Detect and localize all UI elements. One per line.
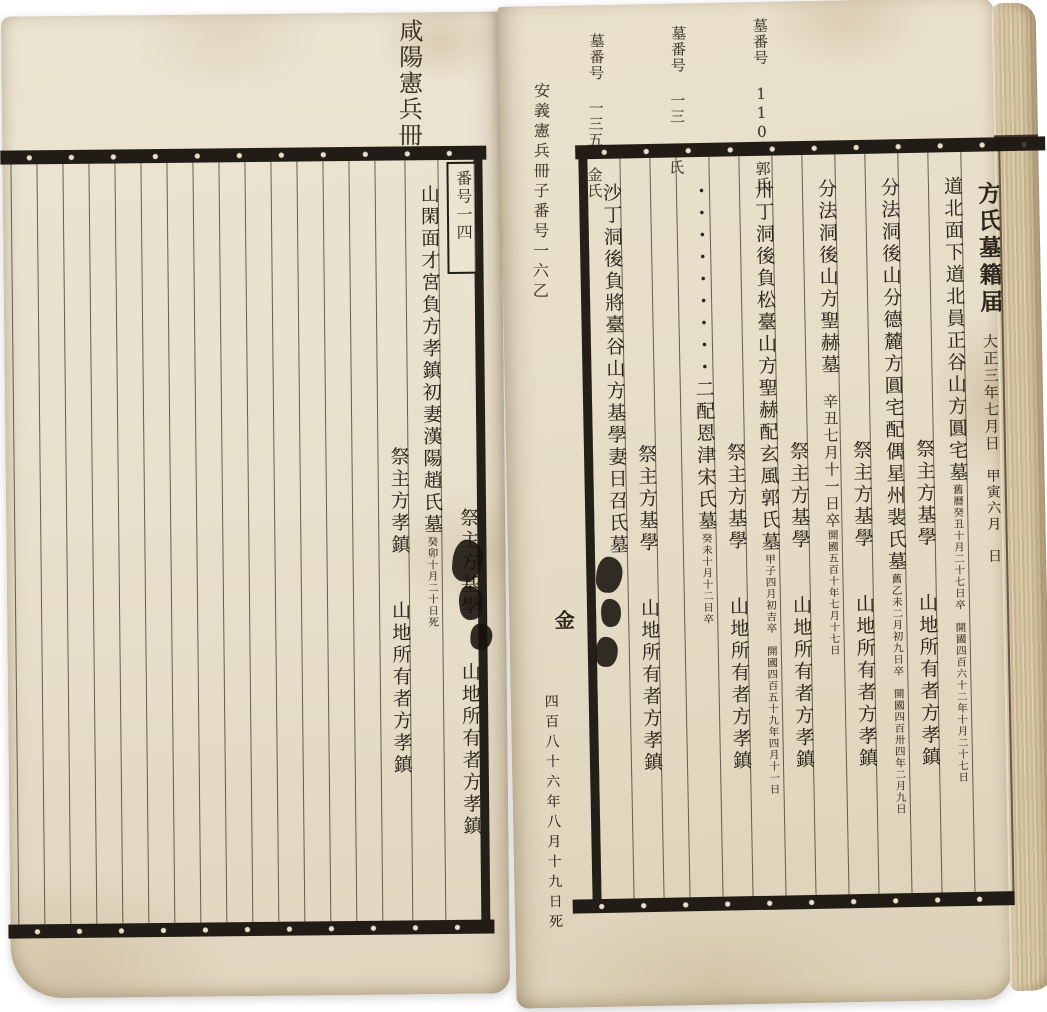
column-text-sub: 大正三年七月日 bbox=[980, 316, 1001, 452]
column-text-annotation: 開國五百十年七月十七日 bbox=[827, 529, 841, 656]
column-text-note: 甲寅六月 日 bbox=[984, 452, 1002, 564]
ink-blot bbox=[470, 624, 492, 650]
left-columns: 祭主方基學 山地所有者方孝鎮 山閑面才宮負方孝鎮初妻漢陽趙氏墓癸卯十月二十日死 … bbox=[2, 160, 481, 925]
column-text-main: 方氏墓籍届 bbox=[974, 181, 1004, 316]
booklet-number-note: 安義憲兵冊子番号一六乙 bbox=[528, 82, 553, 302]
column-text-annotation: 舊曆癸丑十月二十七日卒 開國四百六十二年十月二十七日 bbox=[952, 484, 970, 783]
book-photo: 咸陽憲兵冊 祭主方基學 山地所有者方孝鎮 山閑面才宮負方孝鎮初妻漢陽趙氏墓癸卯十… bbox=[0, 0, 1047, 1012]
column-text-main: 山閑面才宮負方孝鎮初妻漢陽趙氏墓 bbox=[418, 184, 444, 536]
column-text-annotation: 癸卯十月二十日死 bbox=[426, 536, 439, 628]
column-text-main: 祭主方孝鎮 山地所有者方孝鎮 bbox=[387, 446, 412, 776]
grave-number-box: 番号一四 bbox=[446, 162, 477, 274]
right-page: 墓番号 110 郭氏 墓番号 一三 宋氏 墓番号 一三五 金氏 安義憲兵冊子番号… bbox=[497, 0, 1012, 1009]
column-text-annotation: 癸未十月十二日卒 bbox=[701, 533, 715, 625]
column-text-main: 分法洞後山方聖赫墓 bbox=[815, 178, 841, 376]
column-text-annotation: 舊乙未二月初九日卒 開國四百卅四年二月九日 bbox=[890, 573, 907, 815]
column-text-annotation: 甲子四月初吉卒 開國四百五十九年四月十一日 bbox=[764, 554, 781, 796]
margin-date-note: 四百八十六年八月十九日死 bbox=[541, 694, 566, 934]
fore-edge-ink-mark bbox=[994, 134, 1038, 147]
margin-clan-note: 金 bbox=[549, 609, 578, 630]
column-text-sub: 辛丑七月十一日卒 bbox=[821, 376, 842, 529]
cover-title-note: 咸陽憲兵冊 bbox=[391, 18, 427, 148]
left-page-grid: 祭主方基學 山地所有者方孝鎮 山閑面才宮負方孝鎮初妻漢陽趙氏墓癸卯十月二十日死 … bbox=[2, 146, 490, 939]
right-columns: 方氏墓籍届 大正三年七月日 甲寅六月 日 道北面下道北員正谷山方圓宅墓舊曆癸丑十… bbox=[587, 151, 1012, 899]
right-page-grid: 方氏墓籍届 大正三年七月日 甲寅六月 日 道北面下道北員正谷山方圓宅墓舊曆癸丑十… bbox=[578, 137, 1015, 913]
left-page: 咸陽憲兵冊 祭主方基學 山地所有者方孝鎮 山閑面才宮負方孝鎮初妻漢陽趙氏墓癸卯十… bbox=[1, 11, 510, 998]
